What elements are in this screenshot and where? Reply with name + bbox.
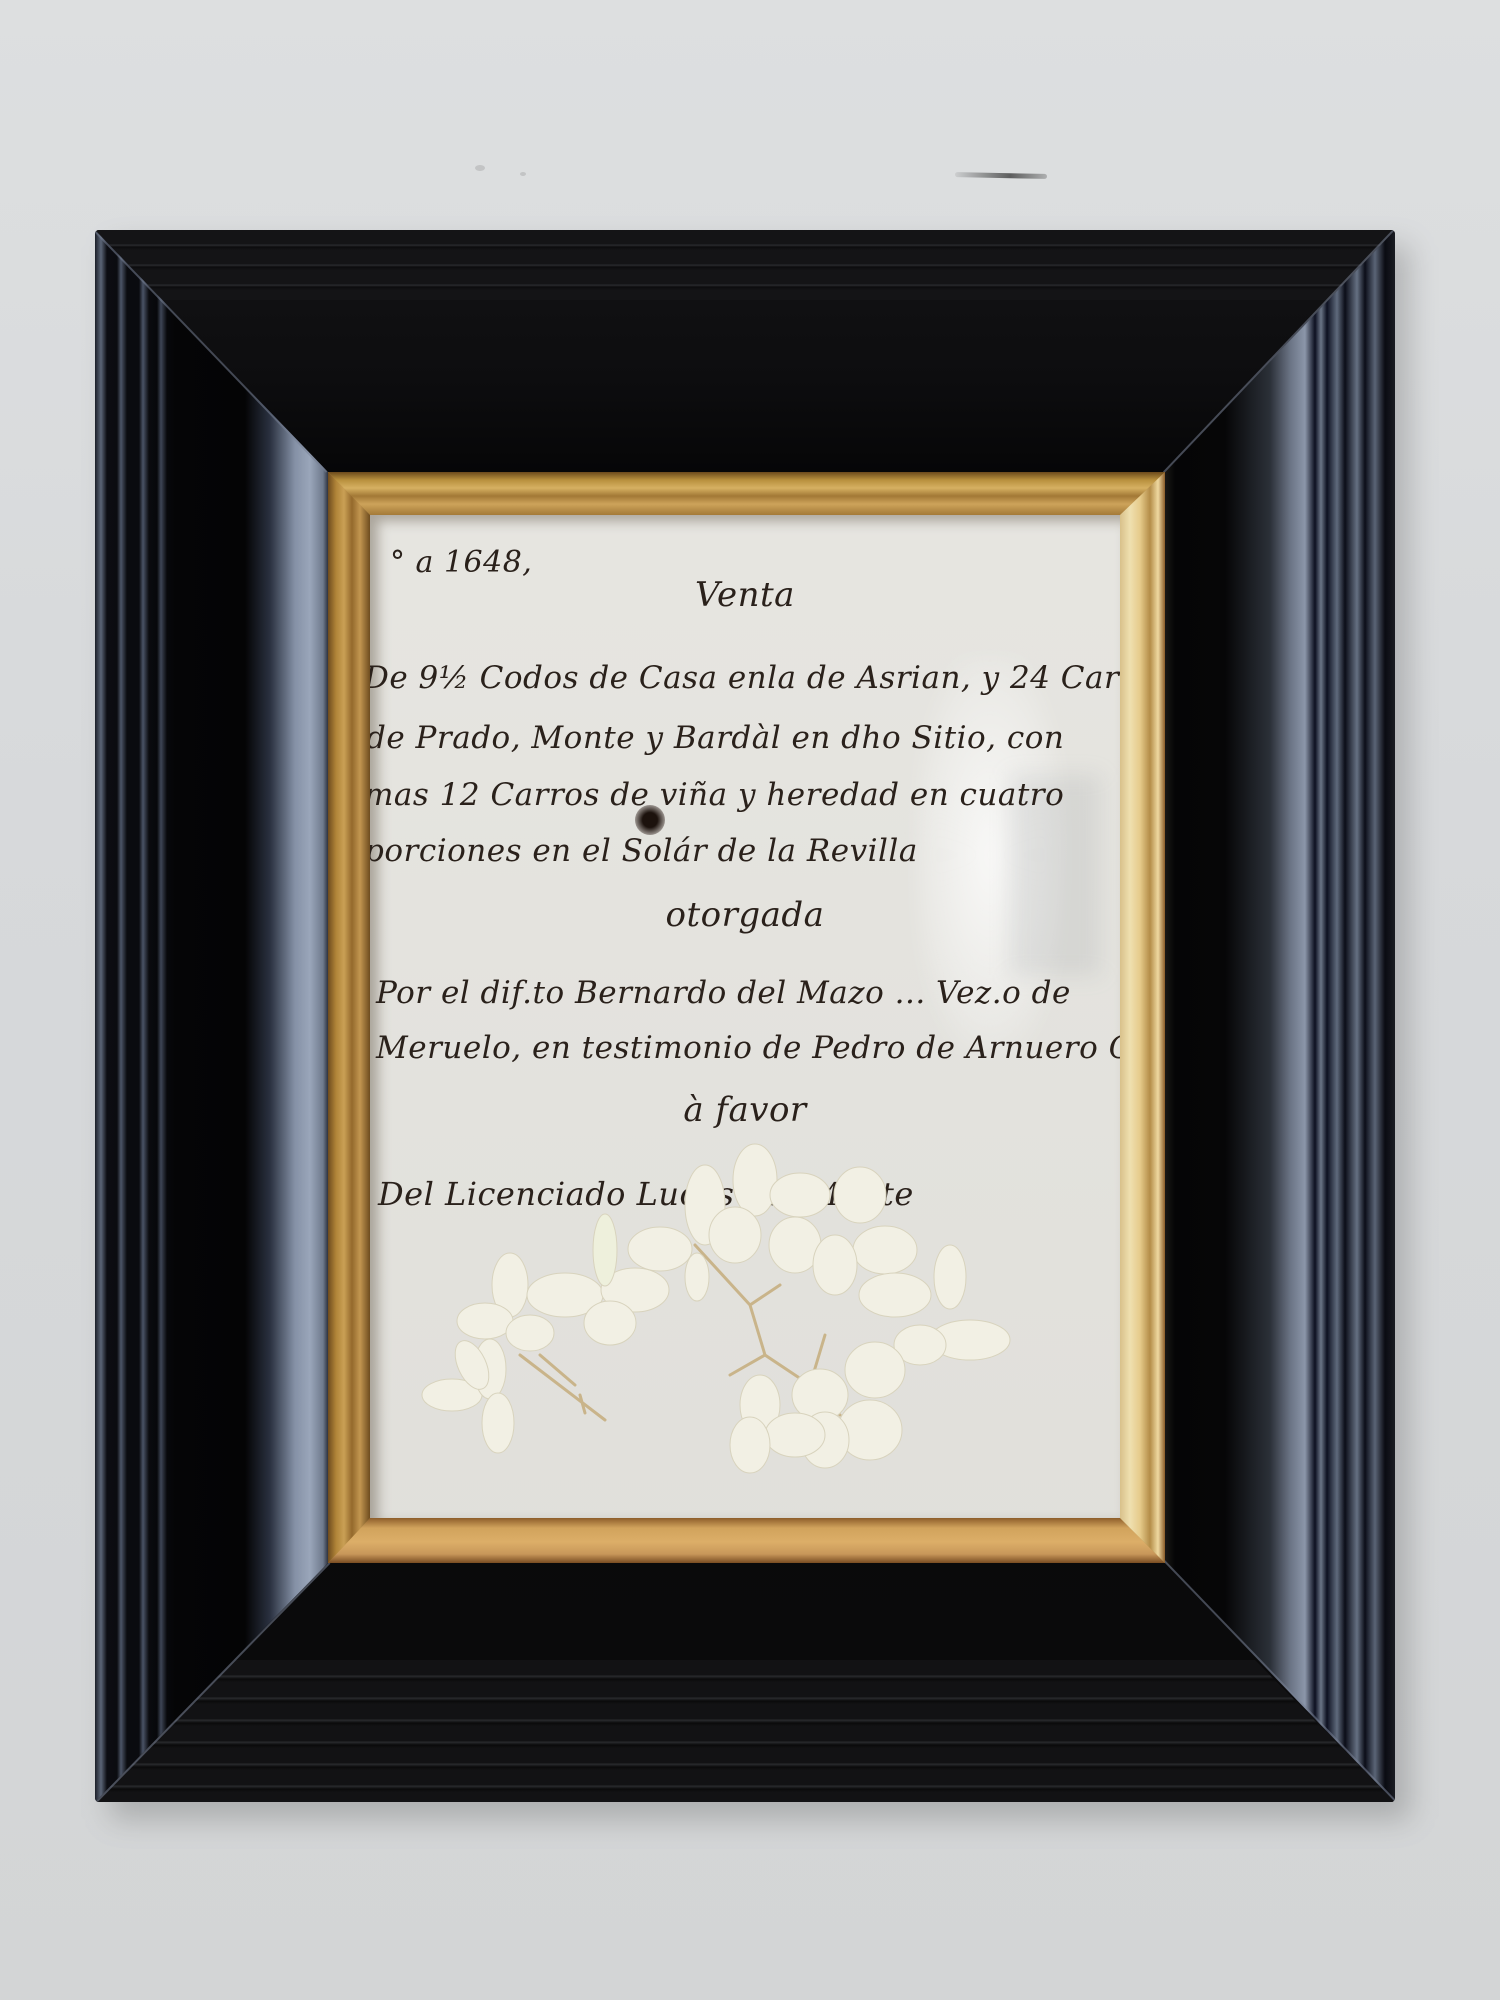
wall-smudge (520, 172, 526, 176)
manuscript-paper: ° a 1648, Venta De 9½ Codos de Casa enla… (370, 515, 1120, 1518)
wall-smudge (475, 165, 485, 171)
flower-cluster-right (628, 1144, 1010, 1473)
picture-frame: ° a 1648, Venta De 9½ Codos de Casa enla… (95, 230, 1395, 1802)
pressed-flowers (370, 515, 1120, 1518)
wall-mark (955, 172, 1047, 179)
gold-liner: ° a 1648, Venta De 9½ Codos de Casa enla… (328, 472, 1165, 1563)
